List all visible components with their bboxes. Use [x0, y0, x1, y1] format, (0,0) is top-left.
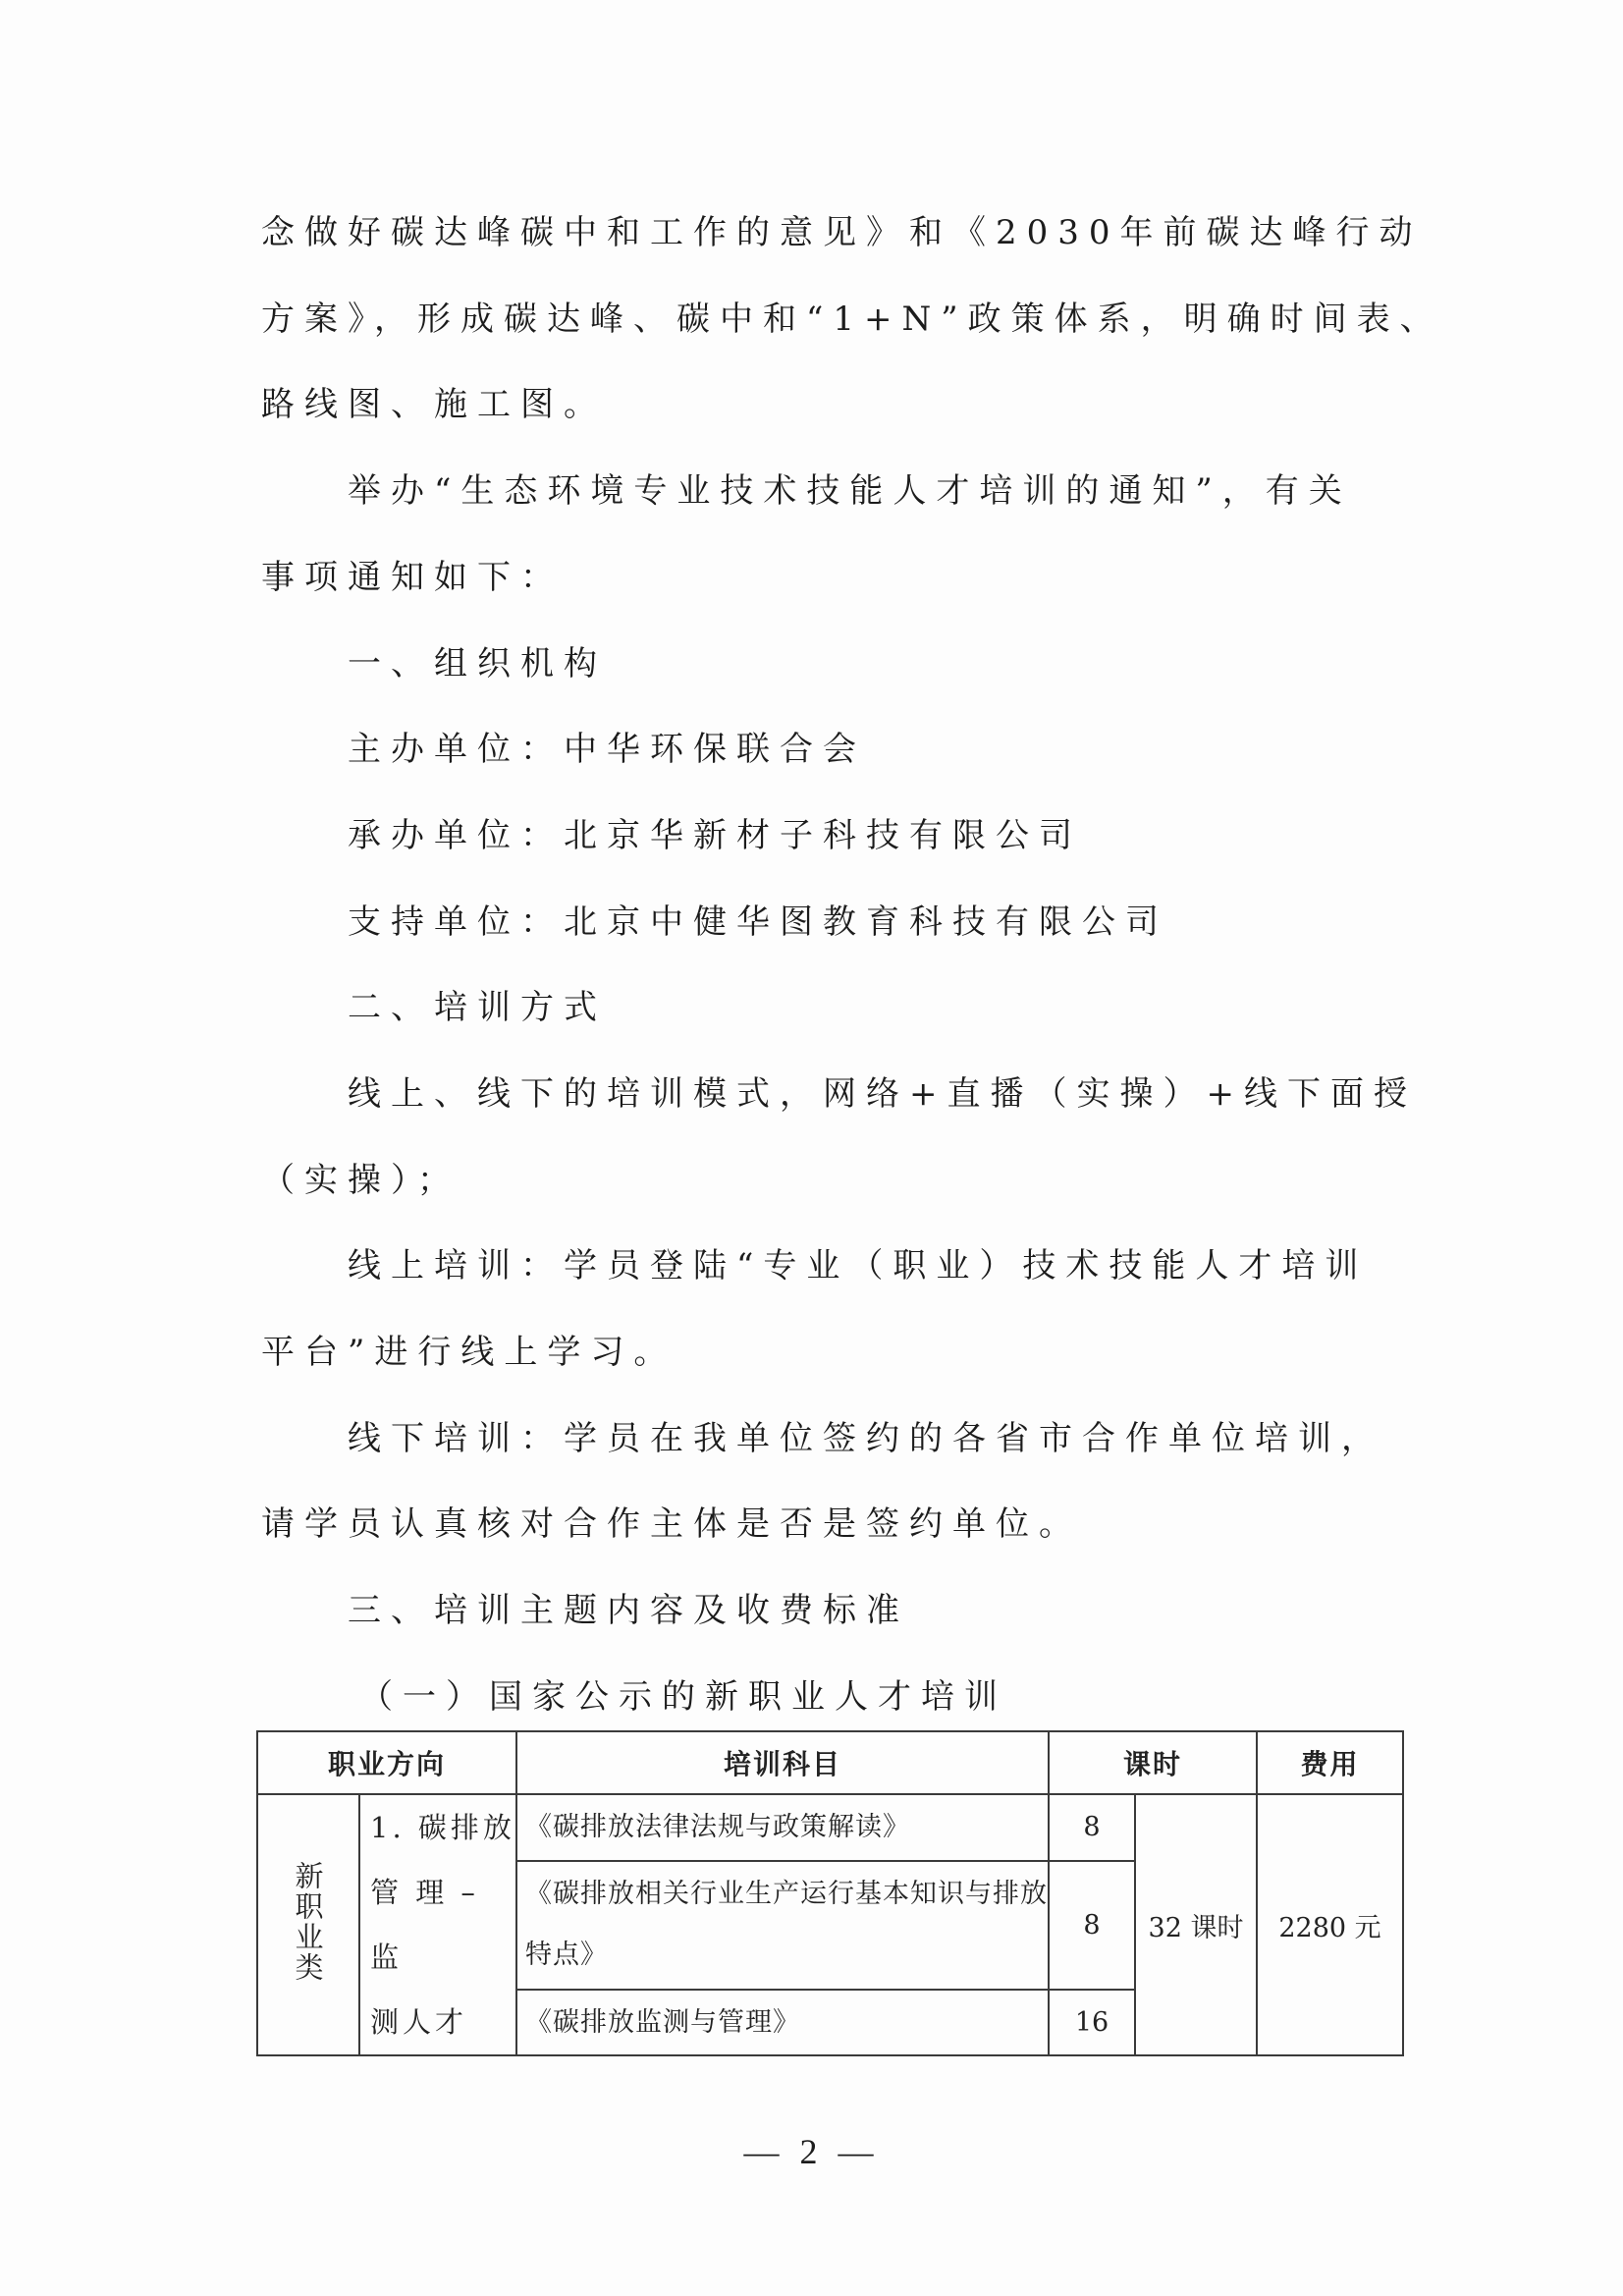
paragraph-line: （实操）；: [261, 1151, 460, 1210]
header-subject: 培训科目: [516, 1731, 1049, 1794]
hours-cell: 8: [1049, 1861, 1135, 1990]
header-fee: 费用: [1257, 1731, 1403, 1794]
fee-cell: 2280 元: [1257, 1794, 1403, 2055]
paragraph-line: 线下培训：学员在我单位签约的各省市合作单位培训，: [348, 1409, 1384, 1468]
paragraph-line: 线上培训：学员登陆“专业（职业）技术技能人才培训: [348, 1236, 1368, 1295]
subject-cell: 《碳排放监测与管理》: [516, 1990, 1049, 2055]
table-row: 新职业类 1. 碳排放 管 理 – 监 测人才 《碳排放法律法规与政策解读》 8…: [257, 1794, 1403, 1861]
header-hours: 课时: [1049, 1731, 1257, 1794]
host-organizer: 主办单位：中华环保联合会: [348, 720, 866, 779]
paragraph-line: 念做好碳达峰碳中和工作的意见》和《2030年前碳达峰行动: [261, 203, 1423, 262]
header-direction: 职业方向: [257, 1731, 516, 1794]
training-fee-table: 职业方向 培训科目 课时 费用 新职业类 1. 碳排放 管 理 – 监 测人才 …: [256, 1730, 1404, 2056]
subject-cell: 《碳排放法律法规与政策解读》: [516, 1794, 1049, 1861]
paragraph-line: 路线图、施工图。: [261, 375, 607, 434]
paragraph-line: 方案》，形成碳达峰、碳中和“1+N”政策体系，明确时间表、: [261, 290, 1443, 349]
page-number: — 2 —: [0, 2131, 1623, 2172]
paragraph-line: 事项通知如下：: [261, 548, 564, 607]
subsection-heading: （一）国家公示的新职业人才培训: [359, 1667, 1007, 1726]
paragraph-line: 举办“生态环境专业技术技能人才培训的通知”，有关: [348, 462, 1352, 520]
table-header-row: 职业方向 培训科目 课时 费用: [257, 1731, 1403, 1794]
section-heading-content-fees: 三、培训主题内容及收费标准: [348, 1581, 909, 1640]
direction-cell: 1. 碳排放 管 理 – 监 测人才: [359, 1794, 516, 2055]
section-heading-organization: 一、组织机构: [348, 634, 607, 693]
total-hours-cell: 32 课时: [1135, 1794, 1257, 2055]
hours-cell: 8: [1049, 1794, 1135, 1861]
hours-cell: 16: [1049, 1990, 1135, 2055]
subject-cell: 《碳排放相关行业生产运行基本知识与排放特点》: [516, 1861, 1049, 1990]
supporting-organizer: 支持单位：北京中健华图教育科技有限公司: [348, 893, 1168, 952]
co-organizer: 承办单位：北京华新材子科技有限公司: [348, 806, 1082, 865]
paragraph-line: 线上、线下的培训模式，网络+直播（实操）+线下面授: [348, 1065, 1417, 1123]
section-heading-training-method: 二、培训方式: [348, 978, 607, 1037]
paragraph-line: 请学员认真核对合作主体是否是签约单位。: [261, 1495, 1082, 1554]
category-cell: 新职业类: [257, 1794, 359, 2055]
paragraph-line: 平台”进行线上学习。: [261, 1323, 676, 1382]
